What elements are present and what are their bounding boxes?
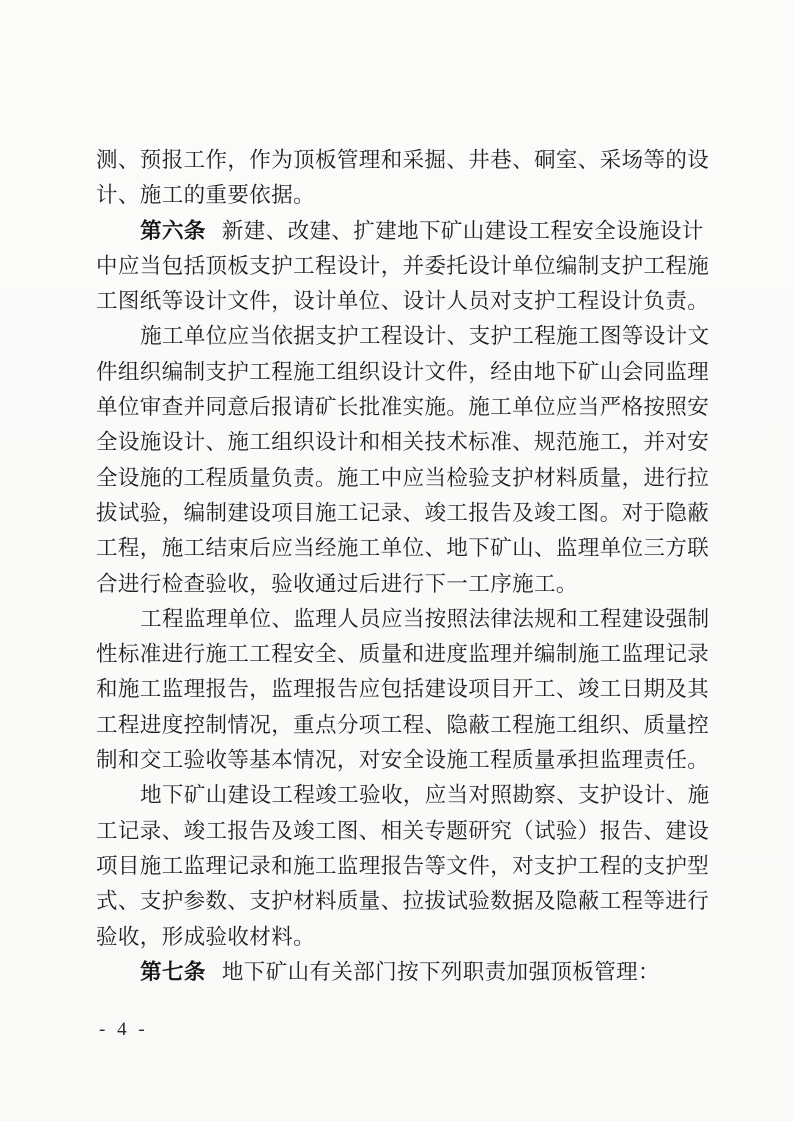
document-body: 测、预报工作，作为顶板管理和采掘、井巷、硐室、采场等的设计、施工的重要依据。第六… (96, 143, 712, 990)
line-text: 拔试验，编制建设项目施工记录、竣工报告及竣工图。对于隐蔽 (96, 501, 709, 525)
text-line: 拔试验，编制建设项目施工记录、竣工报告及竣工图。对于隐蔽 (96, 496, 712, 531)
line-text: 中应当包括顶板支护工程设计，并委托设计单位编制支护工程施 (96, 254, 709, 278)
text-line: 中应当包括顶板支护工程设计，并委托设计单位编制支护工程施 (96, 249, 712, 284)
text-line: 测、预报工作，作为顶板管理和采掘、井巷、硐室、采场等的设 (96, 143, 712, 178)
text-line: 性标准进行施工工程安全、质量和进度监理并编制施工监理记录 (96, 637, 712, 672)
text-line: 验收，形成验收材料。 (96, 920, 712, 955)
text-line: 式、支护参数、支护材料质量、拉拔试验数据及隐蔽工程等进行 (96, 884, 712, 919)
line-text: 地下矿山有关部门按下列职责加强顶板管理： (222, 960, 660, 984)
line-text: 和施工监理报告，监理报告应包括建设项目开工、竣工日期及其 (96, 677, 709, 701)
text-line: 件组织编制支护工程施工组织设计文件，经由地下矿山会同监理 (96, 355, 712, 390)
line-text: 新建、改建、扩建地下矿山建设工程安全设施设计 (222, 219, 704, 243)
text-line: 地下矿山建设工程竣工验收，应当对照勘察、支护设计、施 (96, 778, 712, 813)
text-line: 工程监理单位、监理人员应当按照法律法规和工程建设强制 (96, 602, 712, 637)
line-text: 计、施工的重要依据。 (96, 183, 315, 207)
line-text: 工程，施工结束后应当经施工单位、地下矿山、监理单位三方联 (96, 536, 709, 560)
text-line: 项目施工监理记录和施工监理报告等文件，对支护工程的支护型 (96, 849, 712, 884)
text-line: 单位审查并同意后报请矿长批准实施。施工单位应当严格按照安 (96, 390, 712, 425)
line-text: 工程监理单位、监理人员应当按照法律法规和工程建设强制 (140, 607, 709, 631)
line-text: 全设施的工程质量负责。施工中应当检验支护材料质量，进行拉 (96, 466, 709, 490)
line-text: 工记录、竣工报告及竣工图、相关专题研究（试验）报告、建设 (96, 819, 709, 843)
text-line: 工程进度控制情况，重点分项工程、隐蔽工程施工组织、质量控 (96, 708, 712, 743)
article-number-label: 第七条 (140, 960, 206, 984)
text-line: 合进行检查验收，验收通过后进行下一工序施工。 (96, 567, 712, 602)
line-text: 全设施设计、施工组织设计和相关技术标准、规范施工，并对安 (96, 430, 709, 454)
line-text: 施工单位应当依据支护工程设计、支护工程施工图等设计文 (140, 324, 709, 348)
text-line: 制和交工验收等基本情况，对安全设施工程质量承担监理责任。 (96, 743, 712, 778)
text-line: 和施工监理报告，监理报告应包括建设项目开工、竣工日期及其 (96, 672, 712, 707)
text-line: 第六条新建、改建、扩建地下矿山建设工程安全设施设计 (96, 214, 712, 249)
text-line: 全设施设计、施工组织设计和相关技术标准、规范施工，并对安 (96, 425, 712, 460)
line-text: 工图纸等设计文件，设计单位、设计人员对支护工程设计负责。 (96, 289, 709, 313)
text-line: 计、施工的重要依据。 (96, 178, 712, 213)
line-text: 工程进度控制情况，重点分项工程、隐蔽工程施工组织、质量控 (96, 713, 709, 737)
page-number: - 4 - (99, 1019, 148, 1041)
line-text: 单位审查并同意后报请矿长批准实施。施工单位应当严格按照安 (96, 395, 709, 419)
text-line: 工图纸等设计文件，设计单位、设计人员对支护工程设计负责。 (96, 284, 712, 319)
line-text: 合进行检查验收，验收通过后进行下一工序施工。 (96, 572, 578, 596)
text-line: 第七条地下矿山有关部门按下列职责加强顶板管理： (96, 955, 712, 990)
text-line: 工程，施工结束后应当经施工单位、地下矿山、监理单位三方联 (96, 531, 712, 566)
line-text: 项目施工监理记录和施工监理报告等文件，对支护工程的支护型 (96, 854, 709, 878)
line-text: 地下矿山建设工程竣工验收，应当对照勘察、支护设计、施 (140, 783, 709, 807)
document-page: 测、预报工作，作为顶板管理和采掘、井巷、硐室、采场等的设计、施工的重要依据。第六… (0, 0, 793, 1121)
line-text: 制和交工验收等基本情况，对安全设施工程质量承担监理责任。 (96, 748, 709, 772)
line-text: 式、支护参数、支护材料质量、拉拔试验数据及隐蔽工程等进行 (96, 889, 709, 913)
text-line: 全设施的工程质量负责。施工中应当检验支护材料质量，进行拉 (96, 461, 712, 496)
line-text: 测、预报工作，作为顶板管理和采掘、井巷、硐室、采场等的设 (96, 148, 709, 172)
text-line: 施工单位应当依据支护工程设计、支护工程施工图等设计文 (96, 319, 712, 354)
line-text: 性标准进行施工工程安全、质量和进度监理并编制施工监理记录 (96, 642, 709, 666)
line-text: 验收，形成验收材料。 (96, 925, 315, 949)
line-text: 件组织编制支护工程施工组织设计文件，经由地下矿山会同监理 (96, 360, 709, 384)
article-number-label: 第六条 (140, 219, 206, 243)
text-line: 工记录、竣工报告及竣工图、相关专题研究（试验）报告、建设 (96, 814, 712, 849)
